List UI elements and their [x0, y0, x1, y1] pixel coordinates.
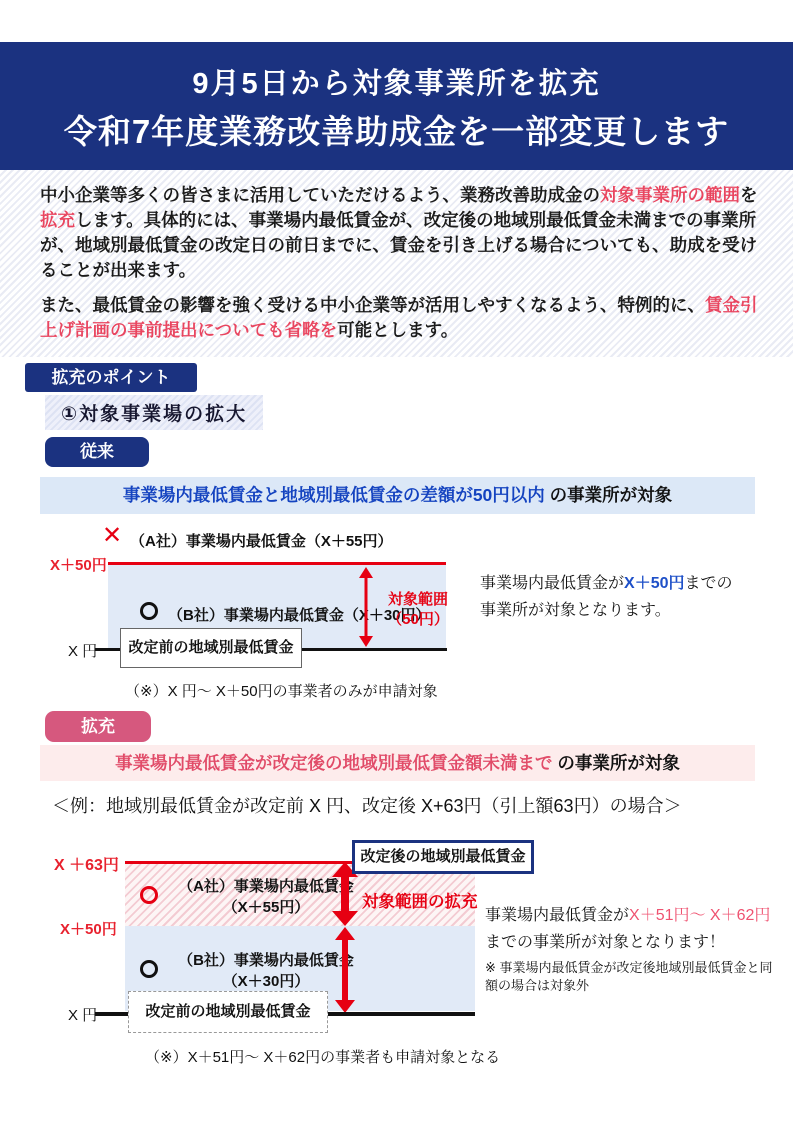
intro-p1-text2: を [740, 185, 758, 205]
intro-p2-text2: 可能とします。 [337, 320, 458, 340]
lower-double-arrow-icon [335, 927, 355, 1013]
expansion-badge: 拡充 [45, 711, 151, 742]
intro-p1-text: 中小企業等多くの皆さまに活用していただけるよう、業務改善助成金の [40, 185, 600, 205]
diagram-conventional: ✕ （A社）事業場内最低賃金（X＋55円） X＋50円 （B社）事業場内最低賃金… [40, 518, 793, 713]
intro-paragraph-2: また、最低賃金の影響を強く受ける中小企業等が活用しやすくなるよう、特例的に、賃金… [40, 293, 763, 343]
conventional-rule-banner: 事業場内最低賃金と地域別最低賃金の差額が50円以内 の事業所が対象 [40, 477, 755, 514]
range-label: 対象範囲 （50円） [376, 590, 460, 630]
diagram1-side-text: 事業場内最低賃金がX＋50円までの 事業所が対象となります。 [480, 570, 785, 624]
side2-highlight: X＋51円～ X＋62円 [629, 907, 770, 924]
side2-seg1: 事業場内最低賃金が [485, 907, 629, 924]
expanded-rule-banner: 事業場内最低賃金が改定後の地域別最低賃金額未満まで の事業所が対象 [40, 745, 755, 781]
diagram2-note: （※）X＋51円～ X＋62円の事業者も申請対象となる [145, 1046, 500, 1067]
intro-p1-highlight-scope: 対象事業所の範囲 [600, 185, 740, 205]
side1-seg3: までの [685, 575, 733, 592]
diagram-expanded: 改定後の地域別最低賃金 X ＋63円 （A社）事業場内最低賃金 （X＋55円） … [40, 828, 793, 1078]
banner-pink-highlight: 事業場内最低賃金が改定後の地域別最低賃金額未満まで [115, 753, 553, 773]
banner-blue-highlight: 事業場内最低賃金と地域別最低賃金の差額が50円以内 [123, 485, 545, 505]
axis-label-x50: X＋50円 [50, 554, 107, 575]
range-double-arrow-icon [358, 567, 374, 647]
axis-label-x63: X ＋63円 [54, 852, 119, 875]
company-b-label: （B社）事業場内最低賃金 （X＋30円） [170, 950, 362, 992]
intro-p2-text: また、最低賃金の影響を強く受ける中小企業等が活用しやすくなるよう、特例的に、 [40, 295, 705, 315]
intro-section: 中小企業等多くの皆さまに活用していただけるよう、業務改善助成金の対象事業所の範囲… [0, 170, 793, 357]
banner-pink-rest: の事業所が対象 [553, 753, 680, 773]
pre-revision-wage-box: 改定前の地域別最低賃金 [128, 991, 328, 1033]
header-banner: 9月5日から対象事業所を拡充 令和7年度業務改善助成金を一部変更します [0, 42, 793, 170]
side2-seg3: までの事業所が対象となります！ [485, 934, 725, 951]
intro-p1-text3: します。具体的には、事業場内最低賃金が、改定後の地域別最低賃金未満までの事業所が… [40, 210, 757, 280]
x-mark-icon: ✕ [102, 524, 122, 548]
company-b-line1: （B社）事業場内最低賃金 [170, 950, 362, 971]
header-title-line1: 9月5日から対象事業所を拡充 [0, 62, 793, 106]
intro-p1-highlight-expand: 拡充 [40, 210, 75, 230]
pre-revision-wage-box: 改定前の地域別最低賃金 [120, 628, 302, 668]
points-badge: 拡充のポイント [25, 363, 197, 392]
range-label-line2: （50円） [376, 610, 460, 630]
diagram2-side-note: ※ 事業場内最低賃金が改定後地域別最低賃金と同額の場合は対象外 [485, 959, 780, 995]
circle-mark-icon [140, 960, 158, 978]
side1-highlight: X＋50円 [624, 575, 684, 592]
expansion-range-label: 対象範囲の拡充 [362, 888, 478, 912]
conventional-badge: 従来 [45, 437, 149, 467]
example-caption: ＜例：地域別最低賃金が改定前 X 円、改定後 X+63円（引上額63円）の場合＞ [52, 792, 682, 818]
header-title-line2: 令和7年度業務改善助成金を一部変更します [0, 106, 793, 158]
company-b-line2: （X＋30円） [170, 971, 362, 992]
axis-label-x: X 円 [68, 1004, 97, 1025]
flyer-page: 9月5日から対象事業所を拡充 令和7年度業務改善助成金を一部変更します 中小企業… [0, 0, 793, 1122]
diagram2-side-text: 事業場内最低賃金がX＋51円～ X＋62円までの事業所が対象となります！ ※ 事… [485, 902, 785, 995]
axis-label-x50: X＋50円 [60, 918, 117, 939]
intro-paragraph-1: 中小企業等多くの皆さまに活用していただけるよう、業務改善助成金の対象事業所の範囲… [40, 183, 763, 283]
revised-wage-box: 改定後の地域別最低賃金 [352, 840, 534, 874]
range-label-line1: 対象範囲 [376, 590, 460, 610]
point1-subheading: ①対象事業場の拡大 [45, 395, 263, 430]
company-a-label: （A社）事業場内最低賃金（X＋55円） [130, 530, 393, 551]
axis-label-x: X 円 [68, 640, 97, 661]
side1-line2: 事業所が対象となります。 [480, 602, 671, 619]
side1-seg1: 事業場内最低賃金が [480, 575, 624, 592]
circle-mark-icon [140, 602, 158, 620]
diagram1-note: （※）X 円～ X＋50円の事業者のみが申請対象 [125, 680, 438, 701]
banner-blue-rest: の事業所が対象 [545, 485, 672, 505]
circle-mark-red-icon [140, 886, 158, 904]
